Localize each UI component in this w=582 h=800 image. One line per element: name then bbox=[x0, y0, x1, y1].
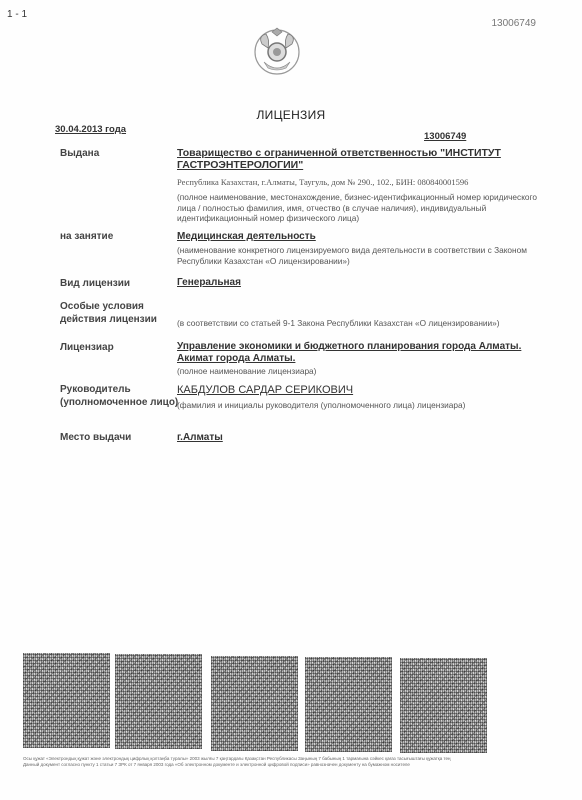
issued-to-value: Товарищество с ограниченной ответственно… bbox=[177, 147, 537, 171]
activity-value: Медицинская деятельность bbox=[177, 231, 537, 243]
legal-footer-russian: Данный документ согласно пункту 1 статьи… bbox=[23, 762, 493, 768]
special-conditions-label-line1: Особые условия bbox=[60, 300, 157, 313]
page-title: ЛИЦЕНЗИЯ bbox=[0, 108, 582, 122]
special-conditions-label: Особые условия действия лицензии bbox=[60, 300, 157, 326]
barcode-strip bbox=[23, 652, 493, 752]
issued-to-label: Выдана bbox=[60, 147, 99, 160]
legal-footer: Осы құжат «Электрондық құжат және электр… bbox=[23, 756, 493, 768]
special-conditions-label-line2: действия лицензии bbox=[60, 313, 157, 326]
head-value: КАБДУЛОВ САРДАР СЕРИКОВИЧ bbox=[177, 384, 537, 396]
state-emblem-icon bbox=[252, 26, 302, 76]
page-number: 1 - 1 bbox=[7, 9, 27, 20]
licensor-value-line2: Акимат города Алматы. bbox=[177, 353, 537, 365]
special-conditions-note: (в соответствии со статьей 9-1 Закона Ре… bbox=[177, 318, 537, 329]
issued-to-note: (полное наименование, местонахождение, б… bbox=[177, 192, 537, 224]
2d-barcode-1 bbox=[23, 653, 110, 748]
2d-barcode-5 bbox=[400, 658, 487, 753]
2d-barcode-3 bbox=[211, 656, 298, 751]
issued-to-value-line1: Товарищество с ограниченной ответственно… bbox=[177, 147, 537, 159]
head-label-line1: Руководитель bbox=[60, 383, 178, 396]
2d-barcode-2 bbox=[115, 654, 202, 749]
issued-to-address: Республика Казахстан, г.Алматы, Таугуль,… bbox=[177, 177, 537, 188]
document-id: 13006749 bbox=[424, 131, 466, 142]
head-label: Руководитель (уполномоченное лицо) bbox=[60, 383, 178, 409]
document-id-top: 13006749 bbox=[492, 18, 537, 29]
issued-to-value-line2: ГАСТРОЭНТЕРОЛОГИИ" bbox=[177, 159, 537, 171]
licensor-value: Управление экономики и бюджетного планир… bbox=[177, 341, 537, 365]
activity-note: (наименование конкретного лицензируемого… bbox=[177, 245, 537, 266]
head-note: (фамилия и инициалы руководителя (уполно… bbox=[177, 400, 537, 411]
place-label: Место выдачи bbox=[60, 431, 131, 444]
license-type-value: Генеральная bbox=[177, 277, 537, 289]
issue-date: 30.04.2013 года bbox=[55, 124, 126, 135]
licensor-label: Лицензиар bbox=[60, 341, 114, 354]
licensor-note: (полное наименование лицензиара) bbox=[177, 366, 537, 377]
place-value: г.Алматы bbox=[177, 432, 537, 444]
license-type-label: Вид лицензии bbox=[60, 277, 130, 290]
head-label-line2: (уполномоченное лицо) bbox=[60, 396, 178, 409]
2d-barcode-4 bbox=[305, 657, 392, 752]
licensor-value-line1: Управление экономики и бюджетного планир… bbox=[177, 341, 537, 353]
activity-label: на занятие bbox=[60, 230, 113, 243]
